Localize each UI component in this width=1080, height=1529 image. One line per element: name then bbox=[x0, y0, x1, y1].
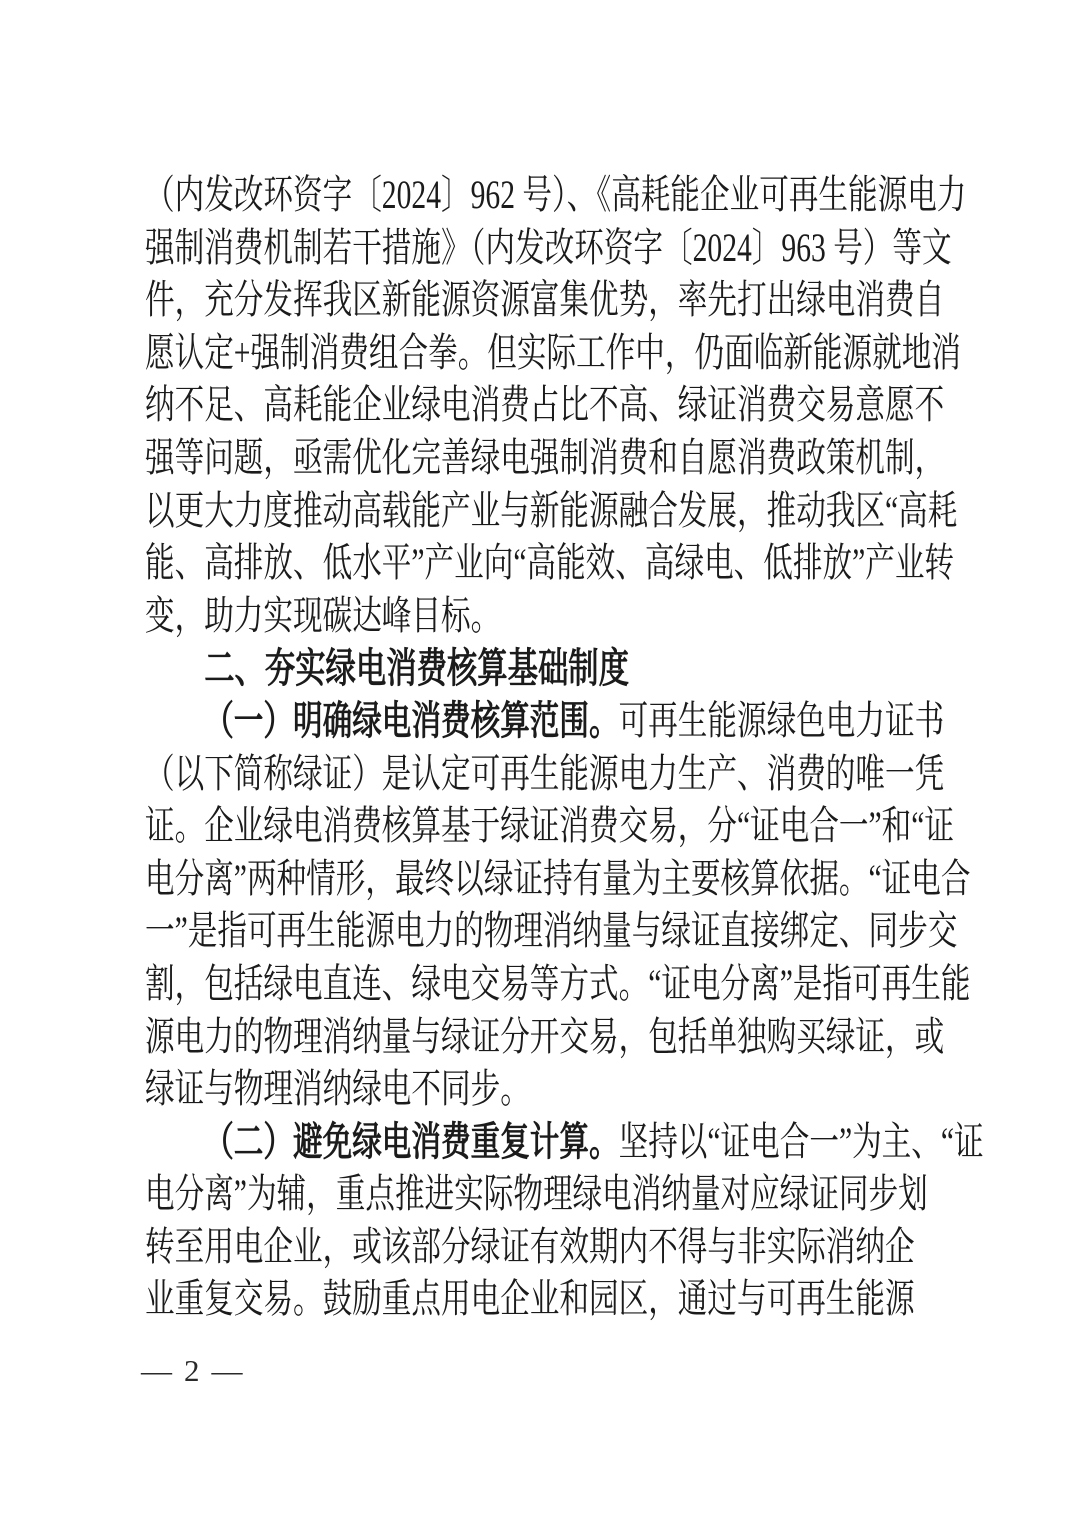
line-text: 以更大力度推动高载能产业与新能源融合发展，推动我区“高耗 bbox=[145, 488, 957, 533]
paragraph-lead: （二）避免绿电消费重复计算。 bbox=[204, 1119, 618, 1164]
line-text: 电分离”为辅，重点推进实际物理绿电消纳量对应绿证同步划 bbox=[145, 1171, 928, 1216]
line-text: （内发改环资字〔2024〕962 号）、《高耗能企业可再生能源电力 bbox=[145, 172, 966, 217]
line-text: （以下简称绿证）是认定可再生能源电力生产、消费的唯一凭 bbox=[145, 751, 944, 796]
line-text: 愿认定+强制消费组合拳。但实际工作中，仍面临新能源就地消 bbox=[145, 330, 961, 375]
text-line: 源电力的物理消纳量与绿证分开交易，包括单独购买绿证，或 bbox=[145, 1011, 1033, 1064]
text-line: 转至用电企业，或该部分绿证有效期内不得与非实际消纳企 bbox=[145, 1221, 1033, 1274]
page-footer: —2— bbox=[141, 1351, 243, 1391]
text-line: 强等问题，亟需优化完善绿电强制消费和自愿消费政策机制， bbox=[145, 432, 1033, 485]
text-line: （一）明确绿电消费核算范围。可再生能源绿色电力证书 bbox=[145, 695, 1033, 748]
line-text: 纳不足、高耗能企业绿电消费占比不高、绿证消费交易意愿不 bbox=[145, 382, 944, 427]
line-text: 变，助力实现碳达峰目标。 bbox=[145, 593, 500, 638]
document-page: （内发改环资字〔2024〕962 号）、《高耗能企业可再生能源电力强制消费机制若… bbox=[0, 0, 1080, 1529]
line-text: 绿证与物理消纳绿电不同步。 bbox=[145, 1066, 530, 1111]
line-text: 强等问题，亟需优化完善绿电强制消费和自愿消费政策机制， bbox=[145, 435, 944, 480]
paragraph-lead: （一）明确绿电消费核算范围。 bbox=[204, 698, 618, 743]
text-line: 件，充分发挥我区新能源资源富集优势，率先打出绿电消费自 bbox=[145, 274, 1033, 327]
text-line: 绿证与物理消纳绿电不同步。 bbox=[145, 1063, 1033, 1116]
line-text: 转至用电企业，或该部分绿证有效期内不得与非实际消纳企 bbox=[145, 1224, 915, 1269]
text-line: 能、高排放、低水平”产业向“高能效、高绿电、低排放”产业转 bbox=[145, 537, 1033, 590]
line-text: 二、夯实绿电消费核算基础制度 bbox=[204, 645, 629, 691]
line-text: 业重复交易。鼓励重点用电企业和园区，通过与可再生能源 bbox=[145, 1276, 915, 1321]
text-line: （二）避免绿电消费重复计算。坚持以“证电合一”为主、“证 bbox=[145, 1116, 1033, 1169]
text-line: 电分离”为辅，重点推进实际物理绿电消纳量对应绿证同步划 bbox=[145, 1168, 1033, 1221]
line-text: 件，充分发挥我区新能源资源富集优势，率先打出绿电消费自 bbox=[145, 277, 944, 322]
footer-dash-left: — bbox=[141, 1353, 172, 1388]
document-body: （内发改环资字〔2024〕962 号）、《高耗能企业可再生能源电力强制消费机制若… bbox=[145, 169, 1033, 1326]
line-text: 源电力的物理消纳量与绿证分开交易，包括单独购买绿证，或 bbox=[145, 1014, 944, 1059]
text-line: 愿认定+强制消费组合拳。但实际工作中，仍面临新能源就地消 bbox=[145, 327, 1033, 380]
line-text: 强制消费机制若干措施》（内发改环资字〔2024〕963 号）等文 bbox=[145, 225, 952, 270]
text-line: （内发改环资字〔2024〕962 号）、《高耗能企业可再生能源电力 bbox=[145, 169, 1033, 222]
text-line: 割，包括绿电直连、绿电交易等方式。“证电分离”是指可再生能 bbox=[145, 958, 1033, 1011]
line-text: 可再生能源绿色电力证书 bbox=[619, 698, 945, 743]
line-text: 电分离”两种情形，最终以绿证持有量为主要核算依据。“证电合 bbox=[145, 856, 970, 901]
footer-dash-right: — bbox=[212, 1353, 243, 1388]
line-text: 能、高排放、低水平”产业向“高能效、高绿电、低排放”产业转 bbox=[145, 540, 954, 585]
line-text: 一”是指可再生能源电力的物理消纳量与绿证直接绑定、同步交 bbox=[145, 908, 957, 953]
text-line: （以下简称绿证）是认定可再生能源电力生产、消费的唯一凭 bbox=[145, 748, 1033, 801]
section-heading: 二、夯实绿电消费核算基础制度 bbox=[145, 642, 1033, 695]
text-line: 一”是指可再生能源电力的物理消纳量与绿证直接绑定、同步交 bbox=[145, 905, 1033, 958]
footer-page-number: 2 bbox=[172, 1353, 212, 1388]
line-text: 坚持以“证电合一”为主、“证 bbox=[619, 1119, 984, 1164]
text-line: 纳不足、高耗能企业绿电消费占比不高、绿证消费交易意愿不 bbox=[145, 379, 1033, 432]
text-line: 以更大力度推动高载能产业与新能源融合发展，推动我区“高耗 bbox=[145, 485, 1033, 538]
text-line: 电分离”两种情形，最终以绿证持有量为主要核算依据。“证电合 bbox=[145, 853, 1033, 906]
line-text: 证。企业绿电消费核算基于绿证消费交易，分“证电合一”和“证 bbox=[145, 803, 954, 848]
text-line: 强制消费机制若干措施》（内发改环资字〔2024〕963 号）等文 bbox=[145, 222, 1033, 275]
text-line: 证。企业绿电消费核算基于绿证消费交易，分“证电合一”和“证 bbox=[145, 800, 1033, 853]
text-line: 变，助力实现碳达峰目标。 bbox=[145, 590, 1033, 643]
text-line: 业重复交易。鼓励重点用电企业和园区，通过与可再生能源 bbox=[145, 1273, 1033, 1326]
line-text: 割，包括绿电直连、绿电交易等方式。“证电分离”是指可再生能 bbox=[145, 961, 970, 1006]
